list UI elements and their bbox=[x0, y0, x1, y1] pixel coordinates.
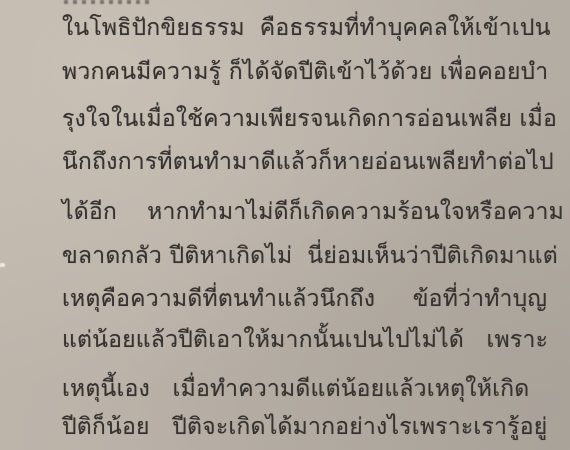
text-line: ได้อีก หากทำมาไม่ดีก็เกิดความร้อนใจหรือค… bbox=[62, 194, 564, 230]
text-line: ในโพธิปักขิยธรรม คือธรรมที่ทำบุคคลให้เข้… bbox=[62, 10, 551, 46]
text-line: รุงใจในเมื่อใช้ความเพียรจนเกิดการอ่อนเพล… bbox=[62, 101, 557, 137]
text-line: ขลาดกลัว ปีติหาเกิดไม่ นี่ย่อมเห็นว่าปีต… bbox=[62, 238, 558, 274]
cut-off-previous-line bbox=[64, 0, 152, 4]
text-line: เหตุนี้เอง เมื่อทำความดีแต่น้อยแล้วเหตุใ… bbox=[62, 371, 529, 407]
text-line: ปีติก็น้อย ปีติจะเกิดได้มากอย่างไรเพราะเ… bbox=[62, 409, 547, 445]
text-line: นึกถึงการที่ตนทำมาดีแล้วก็หายอ่อนเพลียทำ… bbox=[62, 144, 554, 180]
text-line: พวกคนมีความรู้ ก็ได้จัดปีติเข้าไว้ด้วย เ… bbox=[62, 54, 548, 90]
text-line: เหตุคือความดีที่ตนทำแล้วนึกถึง ข้อที่ว่า… bbox=[62, 281, 547, 317]
text-line: แต่น้อยแล้วปีติเอาให้มากนั้นเปนไปไม่ได้ … bbox=[62, 322, 548, 358]
paper-speck bbox=[0, 263, 5, 267]
printed-page: ในโพธิปักขิยธรรม คือธรรมที่ทำบุคคลให้เข้… bbox=[0, 0, 570, 450]
